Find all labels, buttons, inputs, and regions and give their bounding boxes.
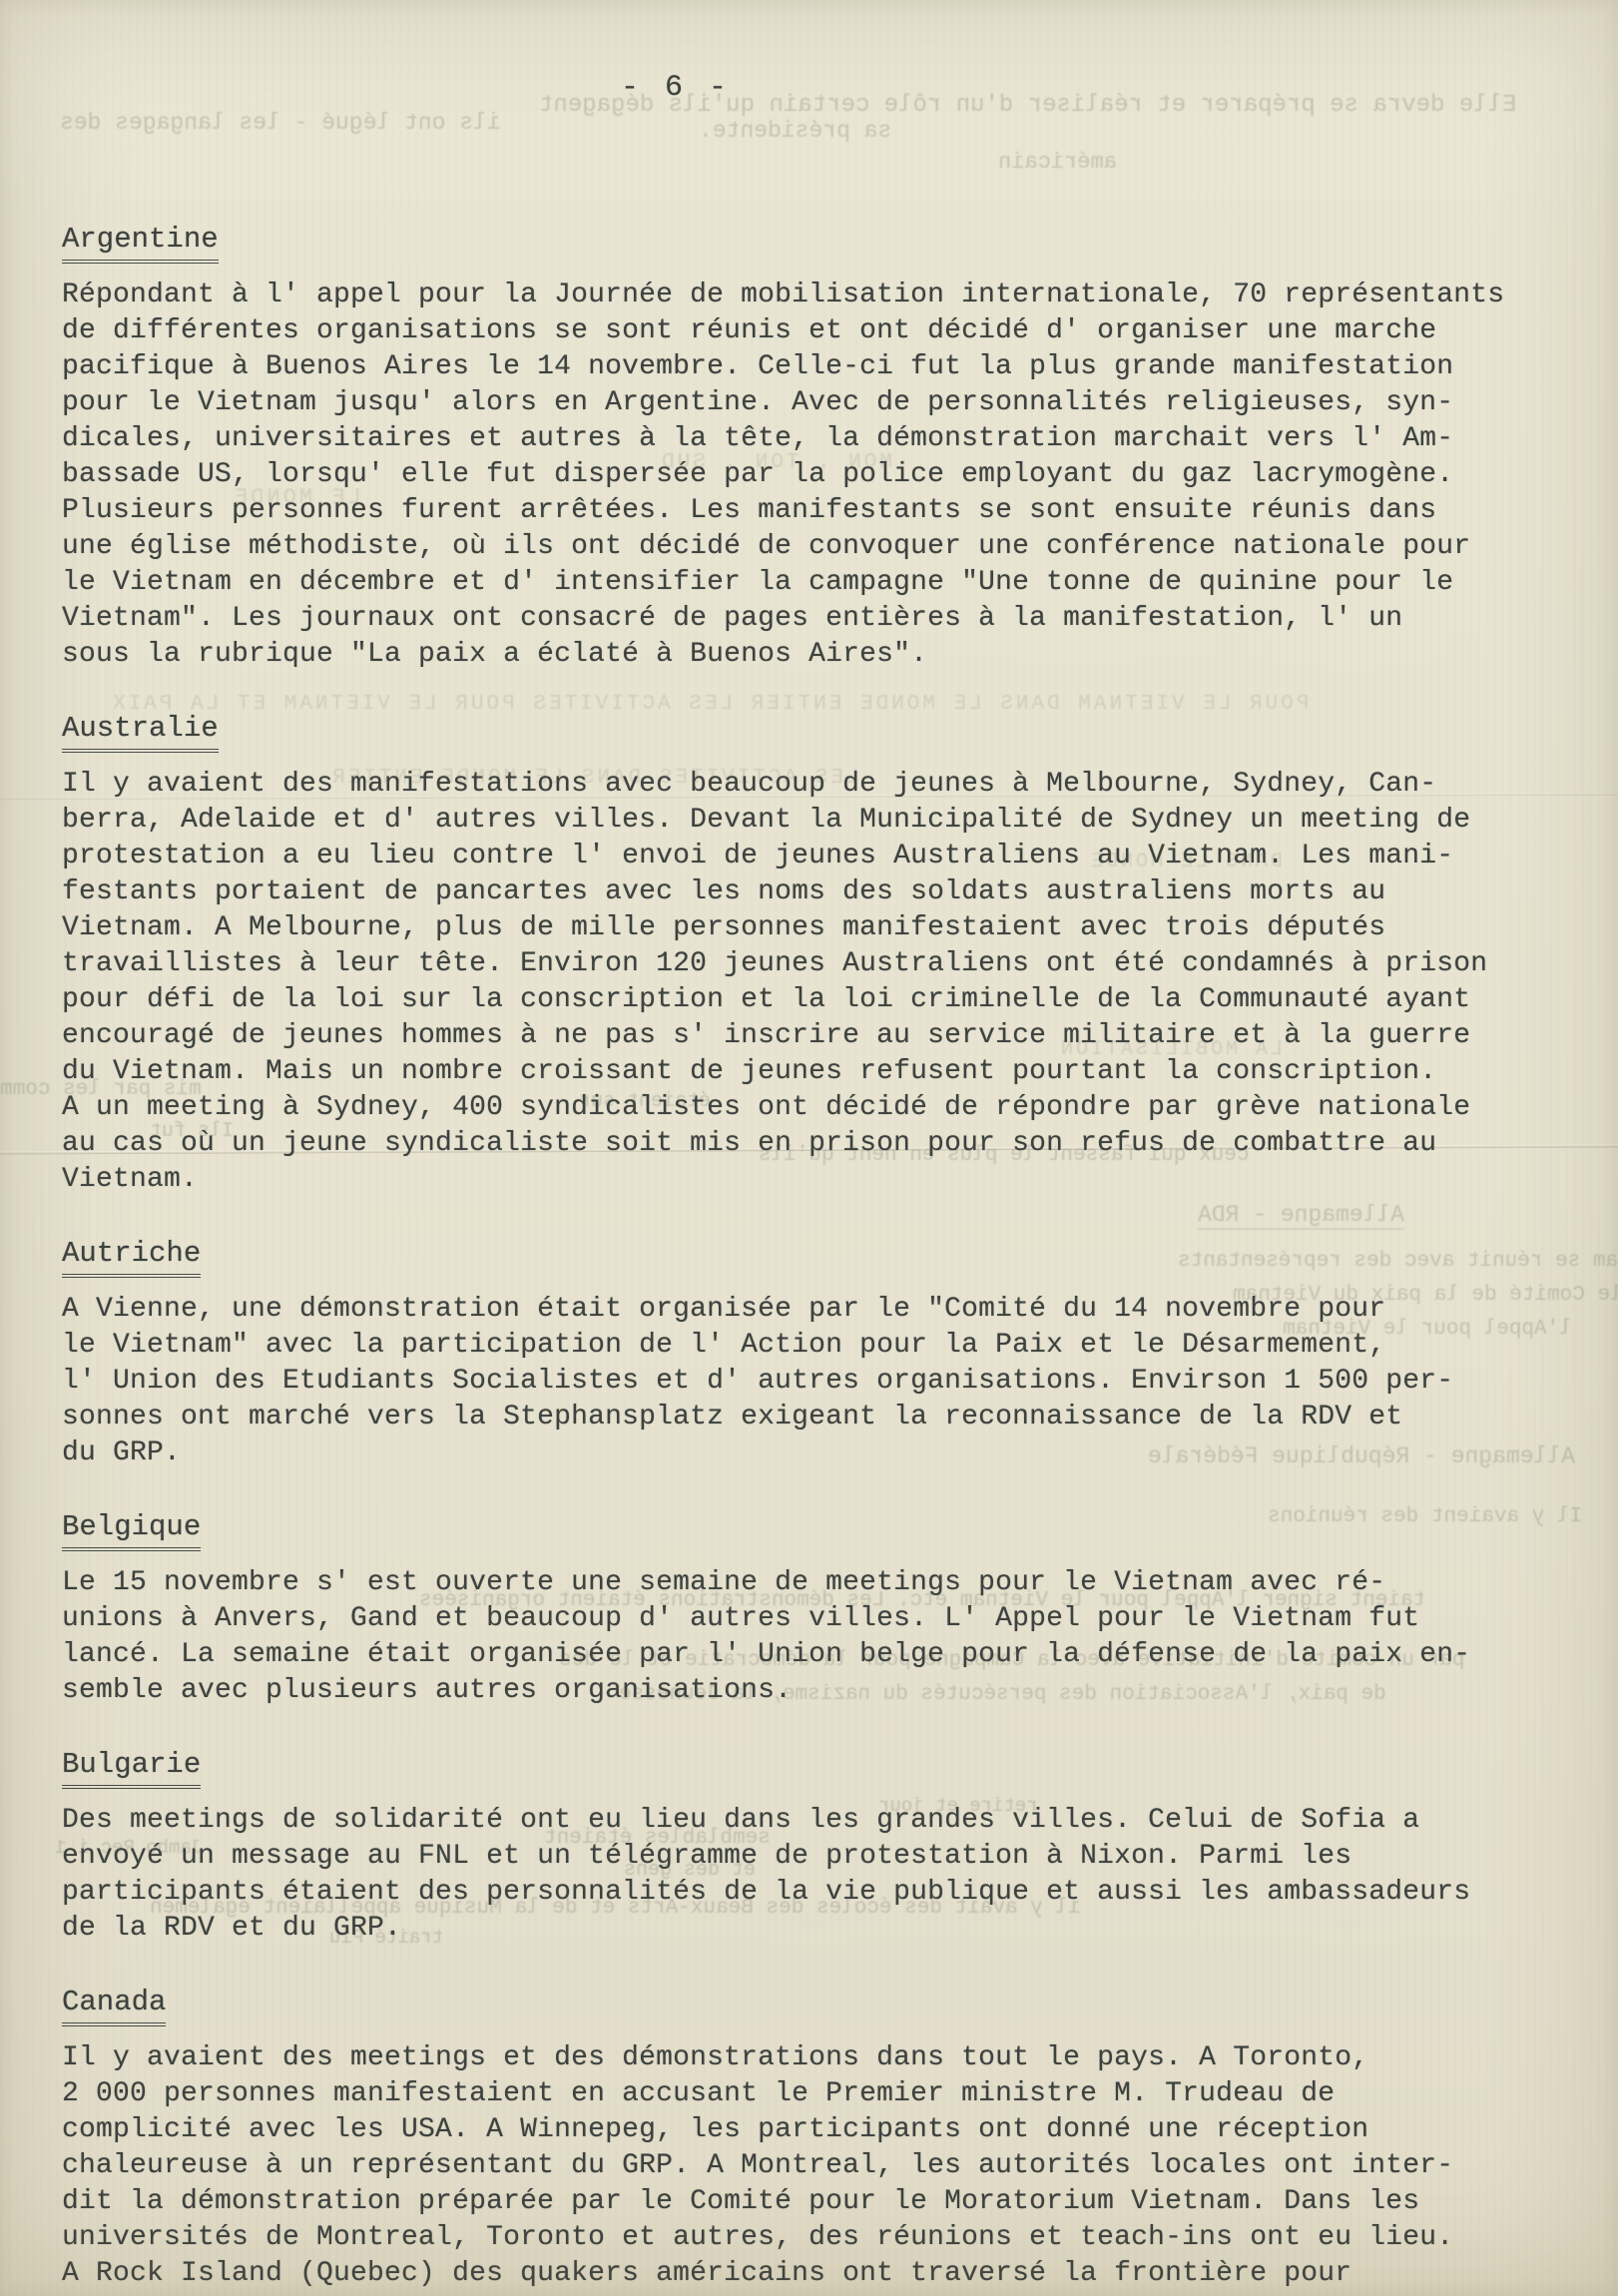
country-section: Belgique Le 15 novembre s' est ouverte u… (62, 1509, 1560, 1709)
country-section: Canada Il y avaient des meetings et des … (62, 1985, 1560, 2292)
section-paragraph: Répondant à l' appel pour la Journée de … (62, 278, 1560, 673)
section-heading: Australie (62, 711, 219, 753)
section-paragraph: Il y avaient des meetings et des démonst… (62, 2040, 1560, 2292)
country-section: Bulgarie Des meetings de solidarité ont … (62, 1747, 1560, 1947)
document-body: Argentine Répondant à l' appel pour la J… (62, 222, 1560, 2292)
country-section: Autriche A Vienne, une démonstration éta… (62, 1236, 1560, 1471)
section-heading: Canada (62, 1985, 166, 2026)
page-number: - 6 - (621, 70, 731, 106)
section-paragraph: Des meetings de solidarité ont eu lieu d… (62, 1803, 1560, 1947)
country-section: Australie Il y avaient des manifestation… (62, 711, 1560, 1198)
section-heading: Bulgarie (62, 1747, 201, 1789)
section-paragraph: Le 15 novembre s' est ouverte une semain… (62, 1565, 1560, 1709)
section-heading: Argentine (62, 222, 219, 264)
section-paragraph: Il y avaient des manifestations avec bea… (62, 767, 1560, 1198)
section-heading: Autriche (62, 1236, 201, 1278)
country-section: Argentine Répondant à l' appel pour la J… (62, 222, 1560, 673)
section-heading: Belgique (62, 1509, 201, 1551)
document-content: - 6 - Argentine Répondant à l' appel pou… (0, 0, 1618, 2292)
document-page: Elle devra se préparer et réaliser d'un … (0, 0, 1618, 2296)
section-paragraph: A Vienne, une démonstration était organi… (62, 1292, 1560, 1471)
